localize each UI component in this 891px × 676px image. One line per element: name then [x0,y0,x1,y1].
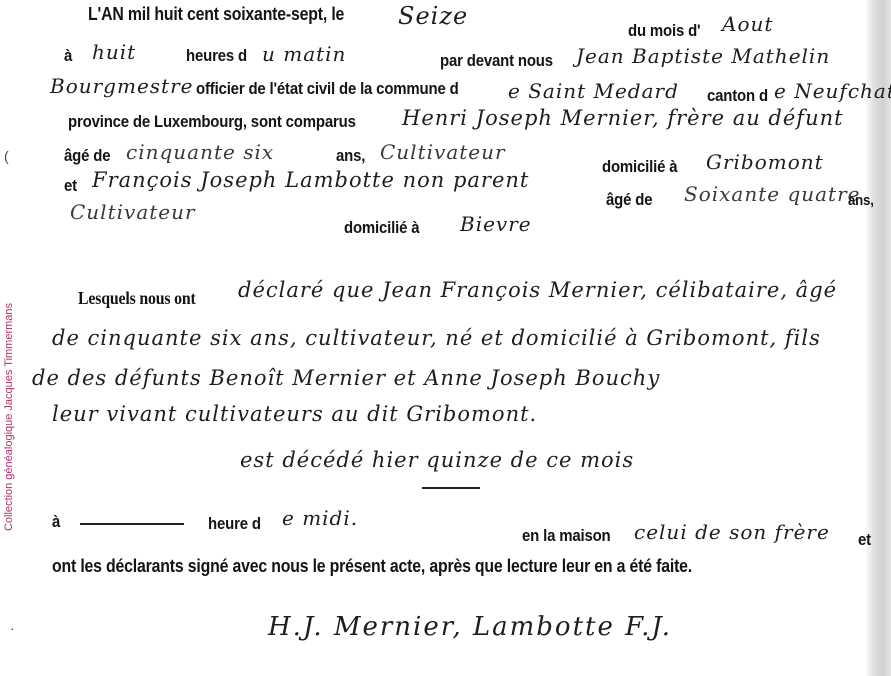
time-prefix: à [52,512,60,532]
officier-label: officier de l'état civil de la commune d [196,79,459,99]
declarant1-name: Henri Joseph Mernier, frère au défunt [402,106,844,130]
declaration-line-5: est décédé hier quinze de ce mois [240,448,634,472]
officer-name: Jean Baptiste Mathelin [576,44,830,68]
canton-entry: e Neufchateau [774,79,891,103]
house-entry: celui de son frère [634,520,830,544]
declaration-line-3: de des défunts Benoît Mernier et Anne Jo… [32,366,660,390]
domicile-label-1: domicilié à [602,157,677,177]
civil-record-page: Collection généalogique Jacques Timmerma… [0,0,891,676]
lesquels-label: Lesquels nous ont [78,288,196,309]
declaration-line-2: de cinquante six ans, cultivateur, né et… [52,326,821,350]
et-label: et [64,176,77,196]
heures-label: heures d [186,46,247,66]
margin-mark: ( [4,148,9,164]
month-label: du mois d' [628,21,700,41]
province-label: province de Luxembourg, sont comparus [68,112,356,132]
commune-entry: e Saint Medard [508,79,679,103]
declarant2-age: Soixante quatre [684,182,861,206]
declarant2-domicile: Bievre [460,212,532,236]
declarant2-occupation: Cultivateur [70,200,196,224]
devant-label: par devant nous [440,51,553,71]
form-intro: L'AN mil huit cent soixante-sept, le [88,4,344,25]
declaration-line-4: leur vivant cultivateurs au dit Gribomon… [52,402,537,426]
time-blank-line [80,523,184,525]
period-entry: u matin [262,42,346,66]
declarant1-age: cinquante six [126,140,274,164]
officer-title: Bourgmestre [50,74,193,98]
canton-label: canton d [707,86,768,106]
day-entry: Seize [398,2,468,30]
declaration-line-1: déclaré que Jean François Mernier, célib… [238,278,837,302]
hour-prefix: à [64,46,72,66]
margin-dot: · [10,620,15,636]
ans-label-1: ans, [336,146,365,166]
hour-entry: huit [92,40,136,64]
declarant1-occupation: Cultivateur [380,140,506,164]
maison-label: en la maison [522,526,611,546]
time-period-entry: e midi. [282,506,358,530]
domicile-label-2: domicilié à [344,218,419,238]
age-label-1: âgé de [64,146,110,166]
et-label-2: et [858,530,871,550]
ans-label-2: ans, [848,192,874,209]
age-label-2: âgé de [606,190,652,210]
closing-statement: ont les déclarants signé avec nous le pr… [52,556,692,577]
declarant2-name: François Joseph Lambotte non parent [92,168,529,192]
heure-label: heure d [208,514,261,534]
declarant1-domicile: Gribomont [706,150,824,174]
underline-mark [422,487,480,489]
month-entry: Aout [722,12,773,36]
signatures: H.J. Mernier, Lambotte F.J. [268,612,672,642]
collection-watermark: Collection généalogique Jacques Timmerma… [3,257,17,577]
